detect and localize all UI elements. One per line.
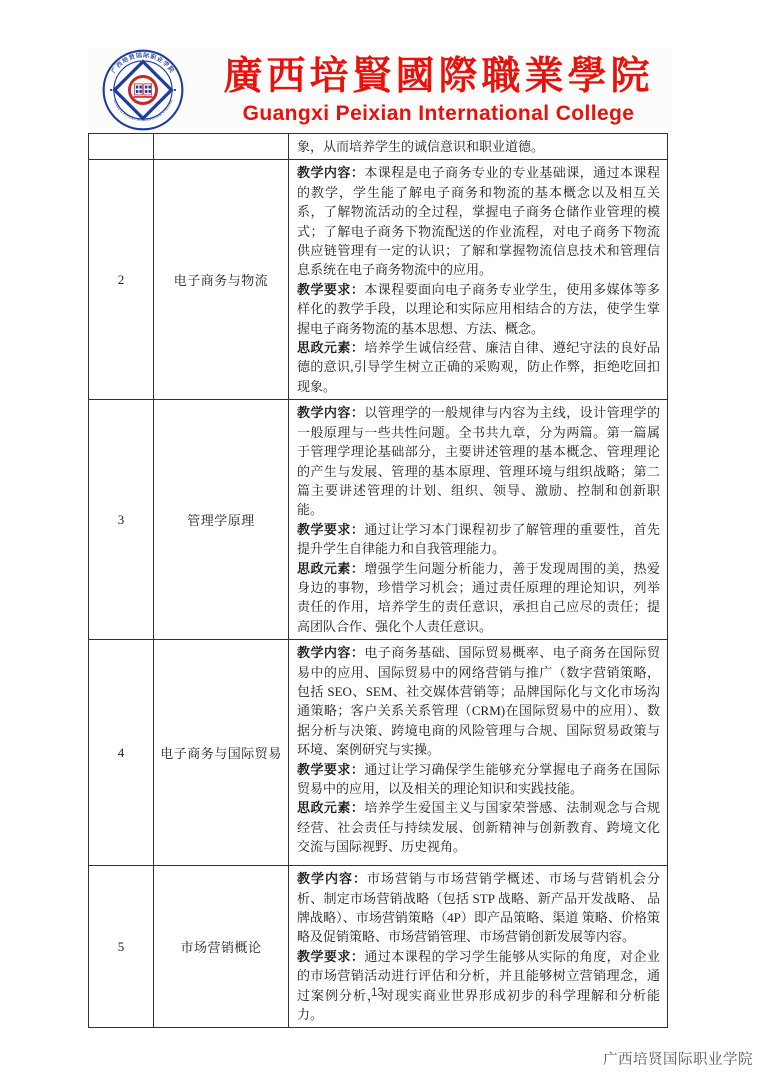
college-logo-icon: 广西培贤国际职业学院 GUANGXI PEIXIAN INTERNATIONAL…	[102, 49, 184, 131]
course-details: 教学内容：电子商务基础、国际贸易概率、电子商务在国际贸易中的应用、国际贸易中的网…	[289, 640, 668, 866]
course-table: 象，从而培养学生的诚信意识和职业道德。 2 电子商务与物流 教学内容：本课程是电…	[88, 133, 668, 1028]
course-number: 5	[89, 866, 154, 1028]
ring-star-left-icon	[110, 89, 112, 91]
section-label: 教学内容：	[297, 405, 364, 420]
section-label: 教学要求：	[297, 282, 364, 297]
college-names: 廣西培賢國際職業學院 Guangxi Peixian International…	[206, 47, 671, 133]
ring-star-right-icon	[174, 89, 176, 91]
course-number: 4	[89, 640, 154, 866]
book-icon	[134, 96, 153, 98]
section-label: 思政元素：	[297, 561, 364, 576]
course-details: 教学内容：以管理学的一般规律与内容为主线，设计管理学的一般原理与一些共性问题。全…	[289, 400, 668, 640]
course-details: 教学内容：市场营销与市场营销学概述、市场与营销机会分析、制定市场营销战略（包括 …	[289, 866, 668, 1028]
college-header: 广西培贤国际职业学院 GUANGXI PEIXIAN INTERNATIONAL…	[88, 47, 673, 133]
section-label: 教学要求：	[297, 522, 364, 537]
course-name: 电子商务与物流	[154, 160, 289, 400]
watermark-text: 广西培贤国际职业学院	[603, 1048, 753, 1069]
document-page: 广西培贤国际职业学院 GUANGXI PEIXIAN INTERNATIONAL…	[0, 0, 764, 1080]
course-number: 2	[89, 160, 154, 400]
table-row: 4 电子商务与国际贸易 教学内容：电子商务基础、国际贸易概率、电子商务在国际贸易…	[89, 640, 668, 866]
table-row: 5 市场营销概论 教学内容：市场营销与市场营销学概述、市场与营销机会分析、制定市…	[89, 866, 668, 1028]
section-text: 电子商务基础、国际贸易概率、电子商务在国际贸易中的应用、国际贸易中的网络营销与推…	[297, 645, 660, 757]
empty-cell	[154, 134, 289, 160]
continuation-row: 象，从而培养学生的诚信意识和职业道德。	[89, 134, 668, 160]
section-label: 思政元素：	[297, 800, 364, 815]
course-number: 3	[89, 400, 154, 640]
course-details: 象，从而培养学生的诚信意识和职业道德。	[289, 134, 668, 160]
empty-cell	[89, 134, 154, 160]
section-text: 本课程是电子商务专业的专业基础课，通过本课程的教学，学生能了解电子商务和物流的基…	[297, 165, 660, 277]
course-name: 管理学原理	[154, 400, 289, 640]
section-label: 教学要求：	[297, 762, 364, 777]
section-label: 教学内容：	[297, 871, 367, 886]
course-details: 教学内容：本课程是电子商务专业的专业基础课，通过本课程的教学，学生能了解电子商务…	[289, 160, 668, 400]
continuation-text: 象，从而培养学生的诚信意识和职业道德。	[297, 139, 544, 154]
section-label: 教学内容：	[297, 165, 364, 180]
table-row: 3 管理学原理 教学内容：以管理学的一般规律与内容为主线，设计管理学的一般原理与…	[89, 400, 668, 640]
section-label: 教学内容：	[297, 645, 364, 660]
course-name: 电子商务与国际贸易	[154, 640, 289, 866]
section-label: 思政元素：	[297, 340, 364, 355]
college-name-en: Guangxi Peixian International College	[243, 102, 635, 126]
course-name: 市场营销概论	[154, 866, 289, 1028]
page-number: 13	[88, 987, 667, 999]
college-name-zh: 廣西培賢國際職業學院	[223, 54, 653, 101]
table-row: 2 电子商务与物流 教学内容：本课程是电子商务专业的专业基础课，通过本课程的教学…	[89, 160, 668, 400]
section-label: 教学要求：	[297, 949, 364, 964]
section-text: 以管理学的一般规律与内容为主线，设计管理学的一般原理与一些共性问题。全书共九章，…	[297, 405, 660, 517]
